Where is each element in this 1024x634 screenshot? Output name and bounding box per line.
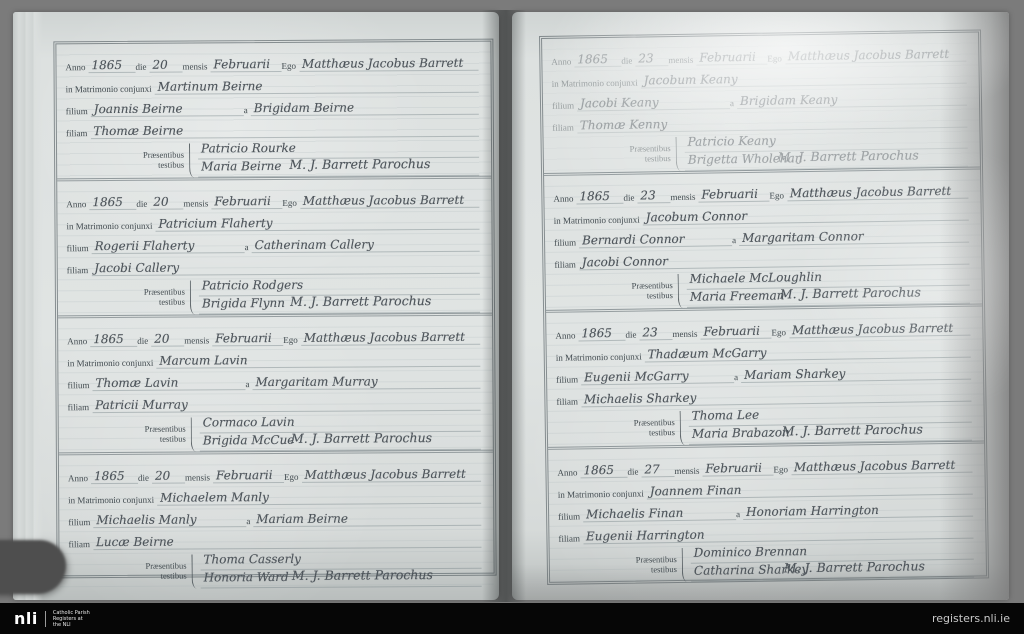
label-die: die: [138, 473, 152, 484]
label-a: a: [245, 242, 252, 253]
page-holder-thumb: [0, 540, 66, 594]
priest-name: Matthæus Jacobus Barrett: [301, 467, 481, 483]
priest-signature: M. J. Barrett Parochus: [782, 421, 923, 438]
label-mensis: mensis: [184, 335, 212, 346]
label-die: die: [135, 62, 149, 73]
nli-logo-caption: Catholic Parish Registers at the NLI: [53, 610, 90, 628]
groom-name: Michaelem Manly: [157, 489, 430, 506]
label-testibus: Præsentibus testibus: [68, 416, 186, 453]
month-value: Februarii: [212, 331, 283, 346]
groom-father-name: Michaelis Manly: [93, 512, 246, 528]
groom-father-name: Joannis Beirne: [91, 101, 244, 117]
label-filium: filium: [67, 243, 92, 254]
brace-mark: [189, 143, 196, 177]
day-value: 23: [637, 188, 670, 203]
priest-name: Matthæus Jacobus Barrett: [785, 47, 967, 65]
ruled-line: [429, 352, 480, 367]
label-filiam: filiam: [67, 265, 92, 276]
label-anno: Anno: [68, 473, 91, 484]
day-value: 20: [149, 58, 182, 73]
label-testibus: Præsentibus testibus: [66, 142, 184, 179]
register-entry: Anno 1865 die 23 mensis Februarii Ego Ma…: [542, 32, 980, 172]
brace-mark: [192, 554, 199, 588]
site-url-label: registers.nli.ie: [932, 612, 1010, 625]
bride-father-name: Jacobi Callery: [91, 259, 364, 276]
label-conjunxi: in Matrimonio conjunxi: [556, 351, 645, 363]
priest-signature: M. J. Barrett Parochus: [778, 147, 919, 164]
day-value: 23: [639, 325, 672, 340]
register-frame: Anno 1865 die 20 mensis Februarii Ego Ma…: [53, 39, 496, 579]
day-value: 20: [150, 195, 183, 210]
entry-parents-line: filium Rogerii Flaherty a Catherinam Cal…: [67, 230, 480, 255]
label-testibus: Præsentibus testibus: [68, 553, 186, 590]
ruled-line: [428, 215, 479, 230]
entry-parents-line: filium Joannis Beirne a Brigidam Beirne: [66, 93, 479, 118]
register-entry: Anno 1865 die 20 mensis Februarii Ego Ma…: [57, 176, 492, 316]
priest-signature: M. J. Barrett Parochus: [784, 558, 925, 575]
label-die: die: [137, 336, 151, 347]
brace-mark: [191, 417, 198, 451]
label-conjunxi: in Matrimonio conjunxi: [67, 358, 156, 370]
ruled-line: [918, 343, 971, 359]
month-value: Februarii: [702, 461, 773, 477]
register-entry: Anno 1865 die 23 mensis Februarii Ego Ma…: [546, 303, 984, 446]
groom-father-name: Eugenii McGarry: [581, 368, 734, 385]
label-anno: Anno: [551, 56, 574, 67]
label-filiam: filiam: [556, 396, 581, 407]
ruled-line: [428, 78, 479, 93]
label-die: die: [625, 330, 639, 341]
entries-right: Anno 1865 die 23 mensis Februarii Ego Ma…: [542, 32, 986, 581]
entry-parents-line: filium Michaelis Manly a Mariam Beirne: [68, 504, 481, 529]
groom-name: Patricium Flaherty: [155, 215, 428, 232]
day-value: 27: [641, 462, 674, 477]
register-viewer: Anno 1865 die 20 mensis Februarii Ego Ma…: [0, 0, 1024, 634]
priest-name: Matthæus Jacobus Barrett: [301, 330, 481, 346]
label-anno: Anno: [65, 62, 88, 73]
month-value: Februarii: [213, 468, 284, 483]
groom-father-name: Jacobi Keany: [577, 94, 730, 111]
label-conjunxi: in Matrimonio conjunxi: [554, 214, 643, 226]
month-value: Februarii: [211, 194, 282, 209]
groom-father-name: Bernardi Connor: [579, 231, 732, 248]
year-value: 1865: [88, 58, 135, 73]
label-conjunxi: in Matrimonio conjunxi: [68, 495, 157, 507]
label-mensis: mensis: [670, 192, 698, 203]
month-value: Februarii: [698, 187, 769, 203]
label-filiam: filiam: [68, 539, 93, 550]
ruled-line: [365, 396, 481, 412]
ruled-line: [850, 113, 968, 130]
label-ego: Ego: [773, 464, 791, 475]
ruled-line: [916, 206, 969, 222]
brace-mark: [678, 274, 686, 308]
ruled-line: [920, 480, 973, 496]
day-value: 20: [152, 469, 185, 484]
groom-father-name: Rogerii Flaherty: [92, 238, 245, 254]
entries-left: Anno 1865 die 20 mensis Februarii Ego Ma…: [56, 42, 493, 576]
label-die: die: [623, 193, 637, 204]
entry-groom-line: in Matrimonio conjunxi Marcum Lavin: [67, 345, 480, 370]
bride-father-name: Patricii Murray: [92, 396, 365, 413]
groom-name: Martinum Beirne: [155, 78, 428, 95]
year-value: 1865: [576, 189, 623, 205]
entry-date-line: Anno 1865 die 20 mensis Februarii Ego Ma…: [65, 49, 478, 74]
label-filium: filium: [68, 517, 93, 528]
label-conjunxi: in Matrimonio conjunxi: [558, 488, 647, 500]
label-filium: filium: [552, 100, 577, 111]
nli-logo-mark: nli: [14, 611, 38, 627]
label-anno: Anno: [553, 193, 576, 204]
register-entry: Anno 1865 die 20 mensis Februarii Ego Ma…: [58, 313, 493, 453]
label-filium: filium: [554, 237, 579, 248]
viewer-footer-bar: nli Catholic Parish Registers at the NLI…: [0, 603, 1024, 634]
label-ego: Ego: [767, 53, 785, 64]
ruled-line: [366, 533, 482, 549]
year-value: 1865: [89, 195, 136, 210]
register-entry: Anno 1865 die 20 mensis Februarii Ego Ma…: [56, 42, 491, 179]
bride-father-name: Thomæ Kenny: [577, 114, 850, 133]
label-die: die: [136, 199, 150, 210]
label-mensis: mensis: [674, 466, 702, 477]
priest-name: Matthæus Jacobus Barrett: [300, 193, 480, 209]
priest-signature: M. J. Barrett Parochus: [289, 156, 430, 172]
month-value: Februarii: [700, 324, 771, 340]
year-value: 1865: [574, 52, 621, 68]
label-testibus: Præsentibus testibus: [552, 135, 671, 173]
priest-signature: M. J. Barrett Parochus: [290, 293, 431, 309]
label-a: a: [246, 516, 253, 527]
entry-groom-line: in Matrimonio conjunxi Martinum Beirne: [66, 71, 479, 96]
label-filium: filium: [558, 511, 583, 522]
groom-father-name: Thomæ Lavin: [92, 375, 245, 391]
bride-father-name: Jacobi Connor: [579, 251, 852, 270]
register-entry: Anno 1865 die 23 mensis Februarii Ego Ma…: [544, 166, 982, 309]
label-ego: Ego: [282, 198, 300, 209]
label-filiam: filiam: [552, 122, 577, 133]
label-mensis: mensis: [183, 198, 211, 209]
label-filium: filium: [67, 380, 92, 391]
scanned-page-right: Anno 1865 die 23 mensis Februarii Ego Ma…: [512, 12, 1009, 600]
entry-parents-line: filium Thomæ Lavin a Margaritam Murray: [67, 367, 480, 392]
year-value: 1865: [580, 463, 627, 479]
label-ego: Ego: [769, 190, 787, 201]
label-filiam: filiam: [68, 402, 93, 413]
day-value: 20: [151, 332, 184, 347]
entry-date-line: Anno 1865 die 20 mensis Februarii Ego Ma…: [68, 460, 481, 485]
logo-caption-line: the NLI: [53, 622, 90, 628]
label-ego: Ego: [771, 327, 789, 338]
bride-name: Margaritam Murray: [252, 374, 480, 390]
ruled-line: [363, 122, 479, 138]
entry-bride-father-line: filiam Jacobi Callery: [67, 252, 480, 277]
priest-name: Matthæus Jacobus Barrett: [789, 321, 971, 339]
year-value: 1865: [91, 469, 138, 484]
label-testibus: Præsentibus testibus: [555, 272, 674, 310]
brace-mark: [190, 280, 197, 314]
groom-father-name: Michaelis Finan: [583, 505, 736, 522]
bride-name: Mariam Beirne: [253, 511, 481, 527]
label-filiam: filiam: [558, 533, 583, 544]
label-anno: Anno: [555, 330, 578, 341]
brace-mark: [682, 548, 690, 582]
bride-father-name: Lucæ Beirne: [93, 533, 366, 550]
entry-date-line: Anno 1865 die 20 mensis Februarii Ego Ma…: [67, 323, 480, 348]
bride-father-name: Eugenii Harrington: [583, 525, 856, 544]
label-filiam: filiam: [66, 128, 91, 139]
priest-signature: M. J. Barrett Parochus: [292, 567, 433, 583]
brace-mark: [680, 411, 688, 445]
label-ego: Ego: [284, 472, 302, 483]
priest-signature: M. J. Barrett Parochus: [291, 430, 432, 446]
label-testibus: Præsentibus testibus: [559, 546, 678, 584]
label-mensis: mensis: [668, 55, 696, 66]
label-ego: Ego: [283, 335, 301, 346]
label-mensis: mensis: [182, 61, 210, 72]
label-testibus: Præsentibus testibus: [67, 279, 185, 316]
ruled-line: [364, 259, 480, 275]
ruled-line: [914, 69, 967, 85]
bride-name: Catherinam Callery: [252, 237, 480, 253]
register-frame: Anno 1865 die 23 mensis Februarii Ego Ma…: [539, 29, 989, 584]
year-value: 1865: [578, 326, 625, 342]
priest-signature: M. J. Barrett Parochus: [780, 284, 921, 301]
year-value: 1865: [90, 332, 137, 347]
ruled-line: [854, 387, 972, 404]
label-mensis: mensis: [185, 472, 213, 483]
ruled-line: [852, 250, 970, 267]
label-anno: Anno: [67, 336, 90, 347]
month-value: Februarii: [696, 50, 767, 66]
entry-bride-father-line: filiam Lucæ Beirne: [68, 526, 481, 551]
brace-mark: [676, 137, 684, 171]
label-filium: filium: [556, 374, 581, 385]
nli-logo: nli Catholic Parish Registers at the NLI: [14, 610, 90, 628]
label-ego: Ego: [282, 61, 300, 72]
label-conjunxi: in Matrimonio conjunxi: [66, 221, 155, 233]
bride-father-name: Thomæ Beirne: [90, 122, 363, 139]
label-die: die: [627, 467, 641, 478]
logo-divider: [45, 611, 46, 627]
entry-bride-father-line: filiam Thomæ Beirne: [66, 115, 479, 140]
bride-father-name: Michaelis Sharkey: [581, 388, 854, 407]
entry-bride-father-line: filiam Patricii Murray: [68, 389, 481, 414]
scanned-page-left: Anno 1865 die 20 mensis Februarii Ego Ma…: [13, 12, 499, 600]
register-entry: Anno 1865 die 27 mensis Februarii Ego Ma…: [548, 440, 986, 583]
groom-name: Marcum Lavin: [156, 352, 429, 369]
label-testibus: Præsentibus testibus: [557, 409, 676, 447]
entry-groom-line: in Matrimonio conjunxi Michaelem Manly: [68, 482, 481, 507]
bride-name: Brigidam Beirne: [251, 100, 479, 116]
entry-date-line: Anno 1865 die 20 mensis Februarii Ego Ma…: [66, 186, 479, 211]
label-die: die: [621, 56, 635, 67]
label-mensis: mensis: [672, 329, 700, 340]
day-value: 23: [635, 51, 668, 66]
register-entry: Anno 1865 die 20 mensis Februarii Ego Ma…: [59, 450, 494, 590]
priest-name: Matthæus Jacobus Barrett: [787, 184, 969, 202]
ruled-line: [430, 489, 481, 504]
label-filiam: filiam: [554, 259, 579, 270]
label-filium: filium: [66, 106, 91, 117]
priest-name: Matthæus Jacobus Barrett: [299, 56, 479, 72]
label-conjunxi: in Matrimonio conjunxi: [66, 84, 155, 96]
label-conjunxi: in Matrimonio conjunxi: [552, 77, 641, 89]
label-anno: Anno: [557, 467, 580, 478]
ruled-line: [856, 524, 974, 541]
entry-groom-line: in Matrimonio conjunxi Patricium Flahert…: [66, 208, 479, 233]
label-a: a: [244, 105, 251, 116]
priest-name: Matthæus Jacobus Barrett: [791, 458, 973, 476]
month-value: Februarii: [210, 57, 281, 72]
label-anno: Anno: [66, 199, 89, 210]
label-a: a: [245, 379, 252, 390]
